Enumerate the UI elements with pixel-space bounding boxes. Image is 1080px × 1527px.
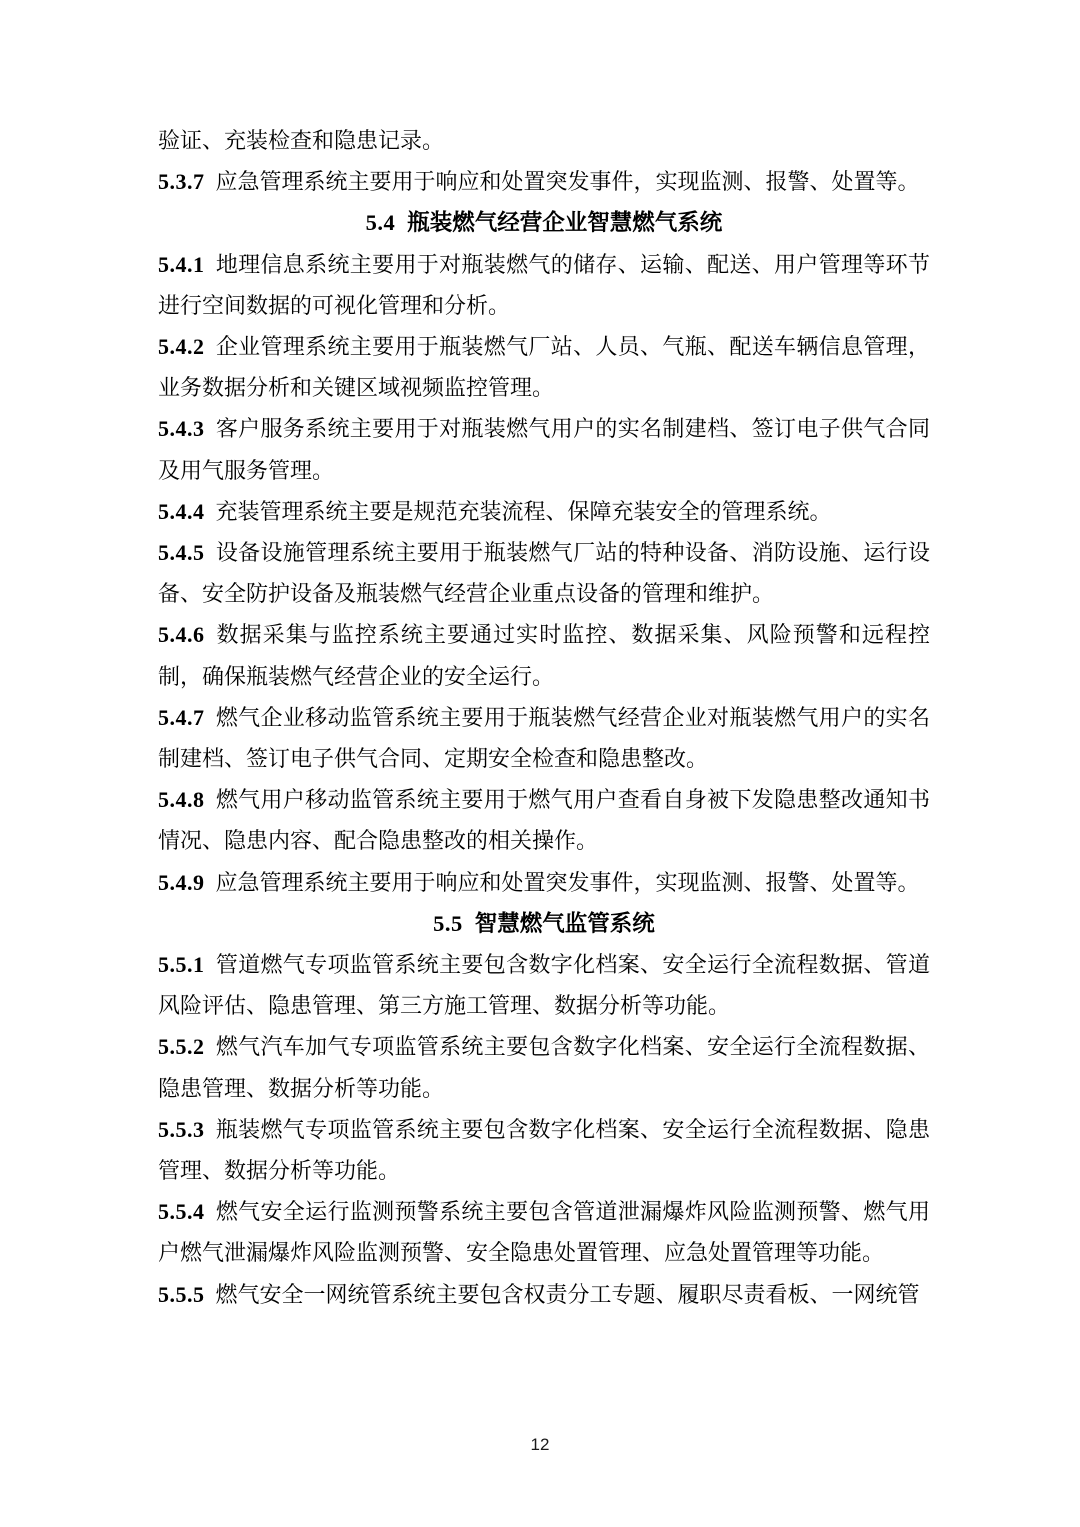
clause-5-4-9: 5.4.9应急管理系统主要用于响应和处置突发事件，实现监测、报警、处置等。: [158, 862, 930, 903]
clause-5-5-5: 5.5.5燃气安全一网统管系统主要包含权责分工专题、履职尽责看板、一网统管: [158, 1274, 930, 1315]
clause-5-4-5: 5.4.5设备设施管理系统主要用于瓶装燃气厂站的特种设备、消防设施、运行设备、安…: [158, 532, 930, 614]
clause-number: 5.5.4: [158, 1199, 205, 1224]
clause-text: 瓶装燃气专项监管系统主要包含数字化档案、安全运行全流程数据、隐患管理、数据分析等…: [158, 1117, 930, 1183]
section-title: 瓶装燃气经营企业智慧燃气系统: [407, 210, 722, 235]
clause-5-5-3: 5.5.3瓶装燃气专项监管系统主要包含数字化档案、安全运行全流程数据、隐患管理、…: [158, 1109, 930, 1191]
clause-5-3-7: 5.3.7应急管理系统主要用于响应和处置突发事件，实现监测、报警、处置等。: [158, 161, 930, 202]
clause-text: 燃气安全运行监测预警系统主要包含管道泄漏爆炸风险监测预警、燃气用户燃气泄漏爆炸风…: [158, 1199, 930, 1265]
paragraph-continuation: 验证、充装检查和隐患记录。: [158, 120, 930, 161]
clause-number: 5.4.8: [158, 787, 205, 812]
clause-5-4-2: 5.4.2企业管理系统主要用于瓶装燃气厂站、人员、气瓶、配送车辆信息管理，业务数…: [158, 326, 930, 408]
clause-5-4-7: 5.4.7燃气企业移动监管系统主要用于瓶装燃气经营企业对瓶装燃气用户的实名制建档…: [158, 697, 930, 779]
document-page: 验证、充装检查和隐患记录。 5.3.7应急管理系统主要用于响应和处置突发事件，实…: [0, 0, 1080, 1527]
clause-5-4-1: 5.4.1地理信息系统主要用于对瓶装燃气的储存、运输、配送、用户管理等环节进行空…: [158, 244, 930, 326]
clause-number: 5.4.2: [158, 334, 205, 359]
clause-text: 应急管理系统主要用于响应和处置突发事件，实现监测、报警、处置等。: [216, 169, 920, 194]
clause-number: 5.4.9: [158, 870, 205, 895]
clause-text: 设备设施管理系统主要用于瓶装燃气厂站的特种设备、消防设施、运行设备、安全防护设备…: [158, 540, 930, 606]
clause-5-5-1: 5.5.1管道燃气专项监管系统主要包含数字化档案、安全运行全流程数据、管道风险评…: [158, 944, 930, 1026]
clause-5-4-4: 5.4.4充装管理系统主要是规范充装流程、保障充装安全的管理系统。: [158, 491, 930, 532]
clause-number: 5.4.6: [158, 622, 205, 647]
clause-number: 5.4.5: [158, 540, 205, 565]
clause-text: 管道燃气专项监管系统主要包含数字化档案、安全运行全流程数据、管道风险评估、隐患管…: [158, 952, 930, 1018]
section-heading-5-4: 5.4瓶装燃气经营企业智慧燃气系统: [158, 202, 930, 243]
page-number: 12: [0, 1435, 1080, 1455]
clause-text: 地理信息系统主要用于对瓶装燃气的储存、运输、配送、用户管理等环节进行空间数据的可…: [158, 252, 930, 318]
clause-text: 燃气安全一网统管系统主要包含权责分工专题、履职尽责看板、一网统管: [216, 1282, 920, 1307]
section-number: 5.4: [366, 210, 396, 235]
clause-number: 5.5.1: [158, 952, 205, 977]
clause-5-5-4: 5.5.4燃气安全运行监测预警系统主要包含管道泄漏爆炸风险监测预警、燃气用户燃气…: [158, 1191, 930, 1273]
clause-5-4-8: 5.4.8燃气用户移动监管系统主要用于燃气用户查看自身被下发隐患整改通知书情况、…: [158, 779, 930, 861]
clause-number: 5.4.1: [158, 252, 205, 277]
section-title: 智慧燃气监管系统: [475, 911, 655, 936]
clause-text: 验证、充装检查和隐患记录。: [158, 128, 444, 153]
clause-text: 客户服务系统主要用于对瓶装燃气用户的实名制建档、签订电子供气合同及用气服务管理。: [158, 416, 930, 482]
section-heading-5-5: 5.5智慧燃气监管系统: [158, 903, 930, 944]
section-number: 5.5: [433, 911, 463, 936]
clause-5-4-6: 5.4.6数据采集与监控系统主要通过实时监控、数据采集、风险预警和远程控制，确保…: [158, 614, 930, 696]
clause-number: 5.4.7: [158, 705, 205, 730]
clause-number: 5.5.5: [158, 1282, 205, 1307]
document-body: 验证、充装检查和隐患记录。 5.3.7应急管理系统主要用于响应和处置突发事件，实…: [158, 120, 930, 1315]
clause-number: 5.4.4: [158, 499, 205, 524]
clause-text: 充装管理系统主要是规范充装流程、保障充装安全的管理系统。: [216, 499, 832, 524]
clause-text: 企业管理系统主要用于瓶装燃气厂站、人员、气瓶、配送车辆信息管理，业务数据分析和关…: [158, 334, 930, 400]
clause-5-5-2: 5.5.2燃气汽车加气专项监管系统主要包含数字化档案、安全运行全流程数据、隐患管…: [158, 1026, 930, 1108]
clause-text: 数据采集与监控系统主要通过实时监控、数据采集、风险预警和远程控制，确保瓶装燃气经…: [158, 622, 930, 688]
clause-text: 应急管理系统主要用于响应和处置突发事件，实现监测、报警、处置等。: [216, 870, 920, 895]
clause-5-4-3: 5.4.3客户服务系统主要用于对瓶装燃气用户的实名制建档、签订电子供气合同及用气…: [158, 408, 930, 490]
clause-number: 5.5.2: [158, 1034, 205, 1059]
clause-text: 燃气企业移动监管系统主要用于瓶装燃气经营企业对瓶装燃气用户的实名制建档、签订电子…: [158, 705, 930, 771]
clause-text: 燃气汽车加气专项监管系统主要包含数字化档案、安全运行全流程数据、隐患管理、数据分…: [158, 1034, 930, 1100]
clause-text: 燃气用户移动监管系统主要用于燃气用户查看自身被下发隐患整改通知书情况、隐患内容、…: [158, 787, 930, 853]
clause-number: 5.5.3: [158, 1117, 205, 1142]
clause-number: 5.4.3: [158, 416, 205, 441]
clause-number: 5.3.7: [158, 169, 205, 194]
